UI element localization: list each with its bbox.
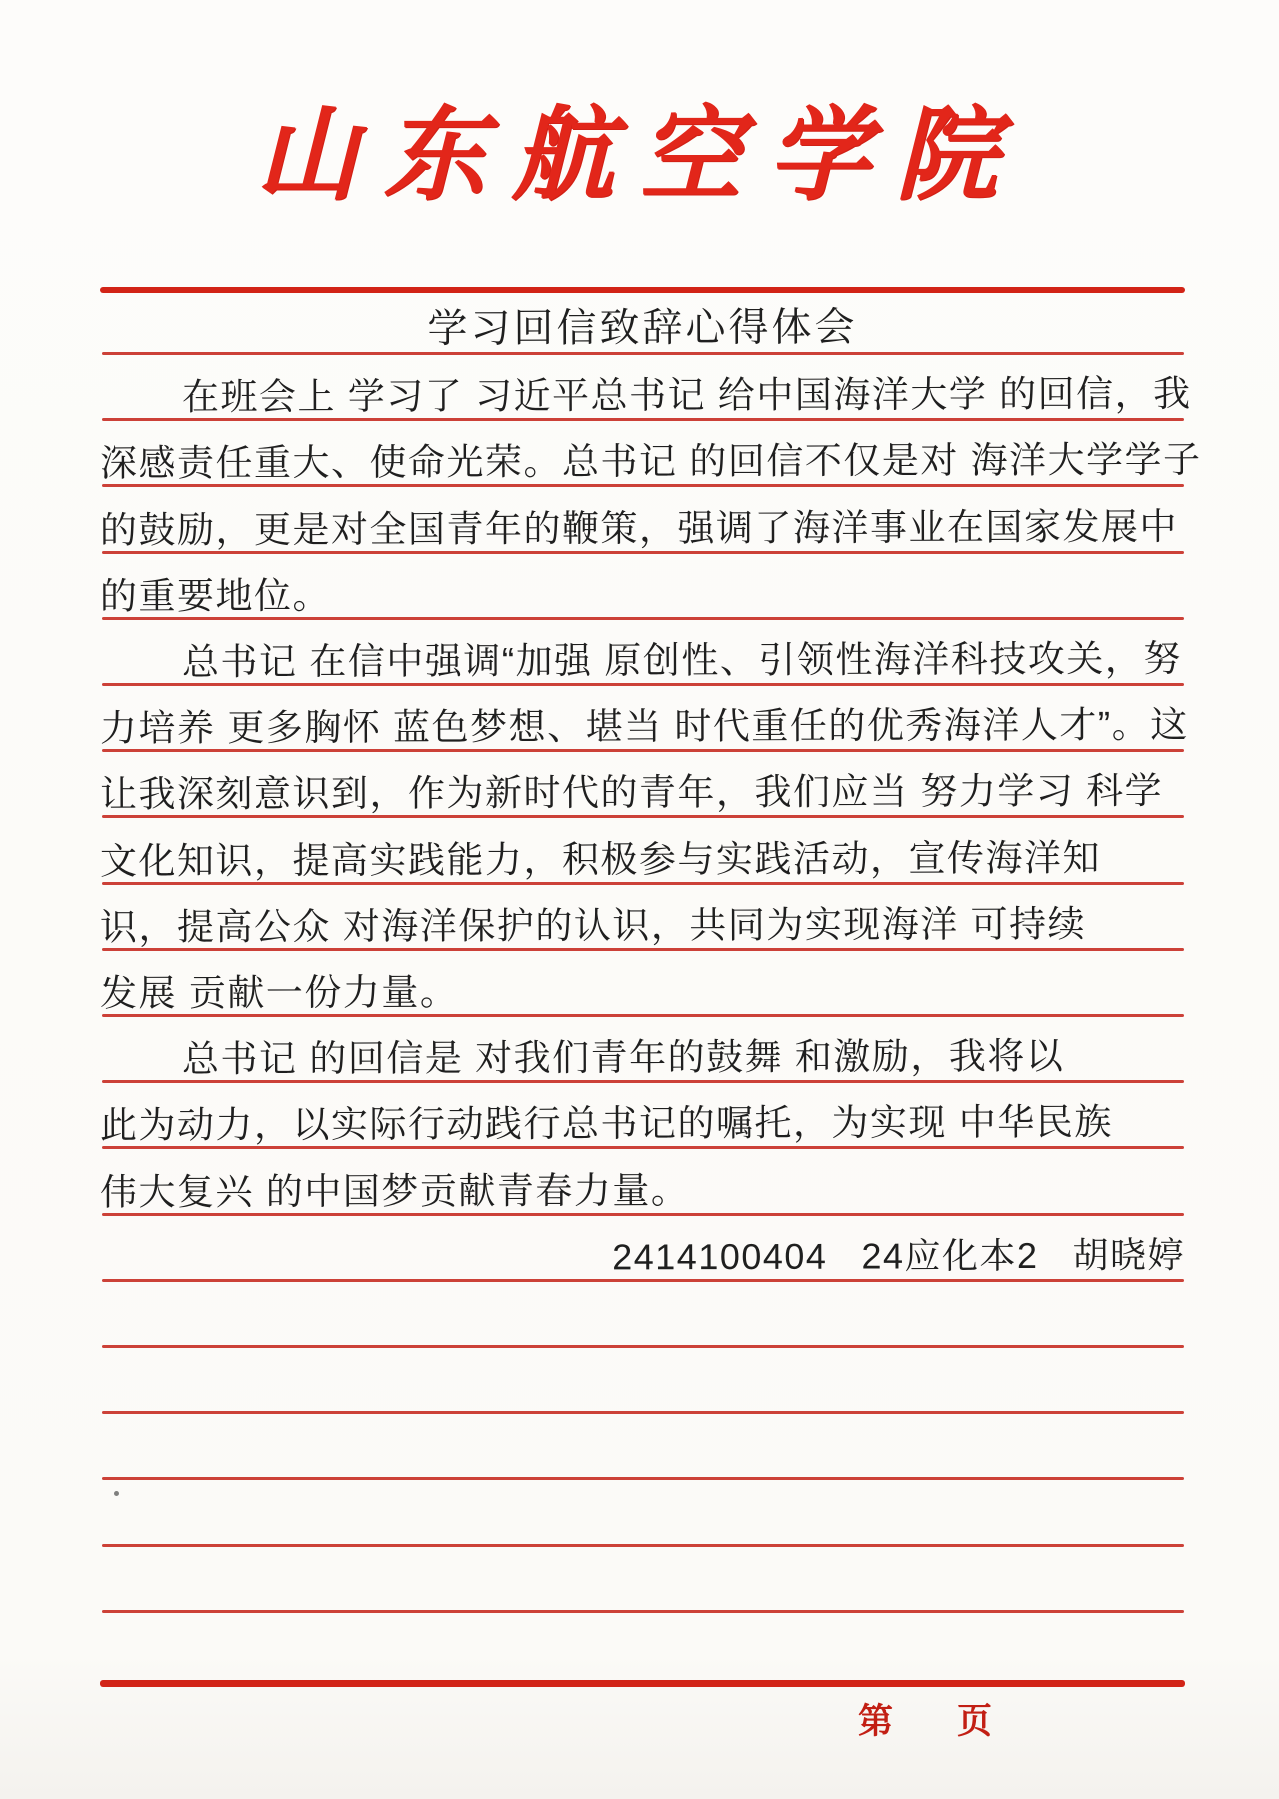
ruled-line	[102, 1477, 1184, 1480]
essay-title: 学习回信致辞心得体会	[100, 294, 1279, 354]
essay-line: 深感责任重大、使命光荣。总书记 的回信不仅是对 海洋大学学子	[100, 428, 1185, 488]
student-id: 2414100404	[612, 1233, 827, 1282]
page-prefix: 第	[858, 1694, 893, 1744]
essay-line: 在班会上 学习了 习近平总书记 给中国海洋大学 的回信，我	[100, 362, 1185, 422]
essay-line: 文化知识，提高实践能力，积极参与实践活动，宣传海洋知	[100, 826, 1185, 886]
essay-line: 力培养 更多胸怀 蓝色梦想、堪当 时代重任的优秀海洋人才”。这	[100, 693, 1185, 753]
letter-paper: 山东航空学院 学习回信致辞心得体会 在班会上 学习了 习近平总书记 给中国海洋大…	[0, 0, 1279, 1799]
essay-line: 伟大复兴 的中国梦贡献青春力量。	[100, 1157, 1185, 1217]
essay-line: 总书记 在信中强调“加强 原创性、引领性海洋科技攻关，努	[100, 627, 1185, 687]
signature-line: 2414100404 24应化本2 胡晓婷	[100, 1223, 1279, 1283]
page-suffix: 页	[957, 1694, 992, 1744]
essay-line: 发展 贡献一份力量。	[100, 958, 1185, 1018]
class-name: 24应化本2	[861, 1232, 1038, 1281]
header-divider	[100, 287, 1185, 293]
essay-line: 此为动力，以实际行动践行总书记的嘱托，为实现 中华民族	[100, 1090, 1185, 1150]
ink-speck	[114, 1491, 119, 1496]
ruled-line	[102, 1345, 1184, 1348]
ruled-line	[102, 1610, 1184, 1613]
institution-header: 山东航空学院	[0, 92, 1279, 222]
ruled-line	[102, 1411, 1184, 1414]
essay-line: 识，提高公众 对海洋保护的认识，共同为实现海洋 可持续	[100, 892, 1185, 952]
essay-line: 的鼓励，更是对全国青年的鞭策，强调了海洋事业在国家发展中	[100, 495, 1185, 555]
essay-line: 的重要地位。	[100, 561, 1185, 621]
author-name: 胡晓婷	[1072, 1231, 1185, 1279]
essay-line: 让我深刻意识到，作为新时代的青年，我们应当 努力学习 科学	[100, 759, 1185, 819]
ruled-line	[102, 1544, 1184, 1547]
page-number-footer: 第 页	[858, 1694, 992, 1744]
essay-line: 总书记 的回信是 对我们青年的鼓舞 和激励，我将以	[100, 1024, 1185, 1084]
footer-divider	[100, 1680, 1185, 1687]
